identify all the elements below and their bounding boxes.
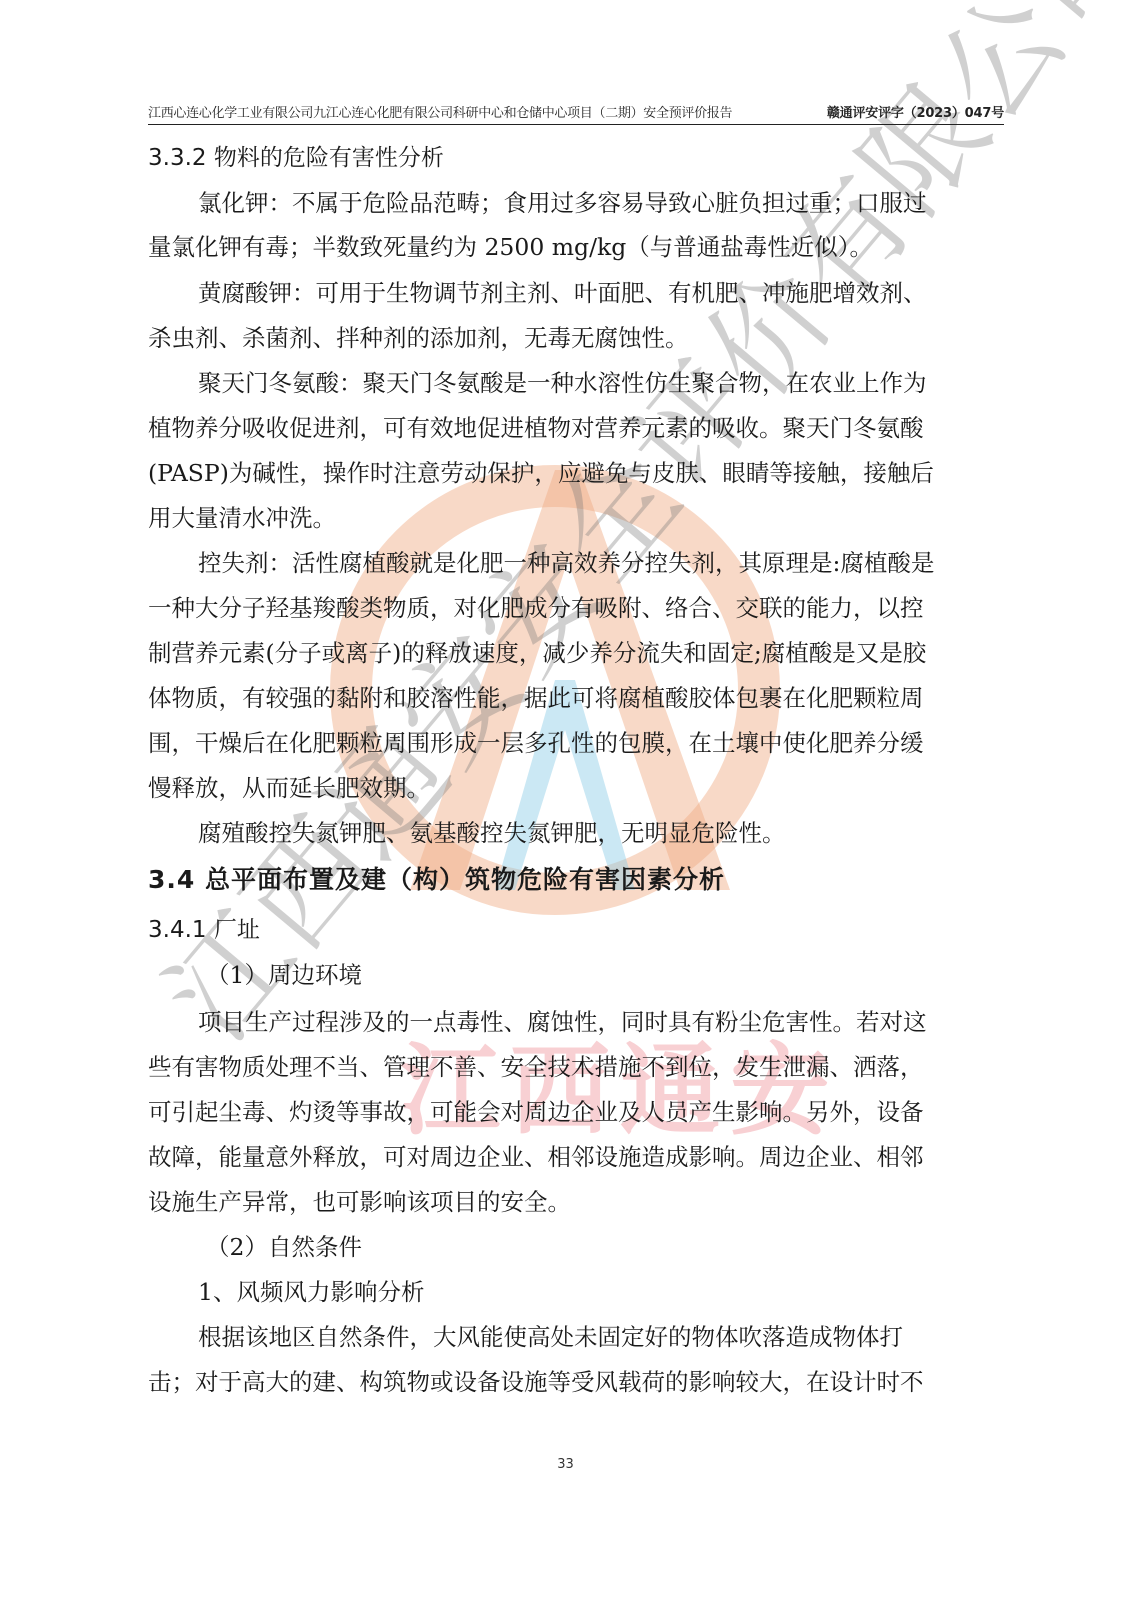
paragraph-line: 慢释放，从而延长肥效期。: [148, 768, 430, 808]
paragraph-line: 可引起尘毒、灼烫等事故，可能会对周边企业及人员产生影响。另外，设备: [148, 1092, 924, 1132]
page-number: 33: [0, 1457, 1131, 1472]
paragraph-line: 腐殖酸控失氮钾肥、氨基酸控失氮钾肥，无明显危险性。: [148, 813, 786, 853]
section-heading: 3.4 总平面布置及建（构）筑物危险有害因素分析: [148, 860, 725, 900]
paragraph-line: 项目生产过程涉及的一点毒性、腐蚀性，同时具有粉尘危害性。若对这: [148, 1002, 927, 1042]
subsection-heading: 3.3.2 物料的危险有害性分析: [148, 138, 444, 178]
paragraph-line: 氯化钾：不属于危险品范畴；食用过多容易导致心脏负担过重；口服过: [148, 183, 927, 223]
paragraph-line: 围，干燥后在化肥颗粒周围形成一层多孔性的包膜，在土壤中使化肥养分缓: [148, 723, 924, 763]
running-header: 江西心连心化学工业有限公司九江心连心化肥有限公司科研中心和仓储中心项目（二期）安…: [148, 100, 1004, 125]
paragraph-line: 1、风频风力影响分析: [148, 1272, 424, 1312]
header-doc-number: 赣通评安评字（2023）047号: [827, 102, 1004, 121]
paragraph-line: 一种大分子羟基羧酸类物质，对化肥成分有吸附、络合、交联的能力，以控: [148, 588, 924, 628]
paragraph-line: 植物养分吸收促进剂，可有效地促进植物对营养元素的吸收。聚天门冬氨酸: [148, 408, 924, 448]
paragraph-line: 用大量清水冲洗。: [148, 498, 336, 538]
paragraph-line: 些有害物质处理不当、管理不善、安全技术措施不到位，发生泄漏、洒落，: [148, 1047, 924, 1087]
subsection-heading: 3.4.1 厂址: [148, 910, 260, 950]
paragraph-line: 杀虫剂、杀菌剂、拌种剂的添加剂，无毒无腐蚀性。: [148, 318, 689, 358]
paragraph-line: 制营养元素(分子或离子)的释放速度，减少养分流失和固定;腐植酸是又是胶: [148, 633, 926, 673]
paragraph-line: 量氯化钾有毒；半数致死量约为 2500 mg/kg（与普通盐毒性近似）。: [148, 227, 873, 267]
paragraph-line: 体物质，有较强的黏附和胶溶性能，据此可将腐植酸胶体包裹在化肥颗粒周: [148, 678, 924, 718]
header-report-title: 江西心连心化学工业有限公司九江心连心化肥有限公司科研中心和仓储中心项目（二期）安…: [148, 102, 732, 121]
paragraph-line: 根据该地区自然条件，大风能使高处未固定好的物体吹落造成物体打: [148, 1317, 903, 1357]
paragraph-line: （2）自然条件: [148, 1227, 362, 1267]
document-page: 江西通安 江西通安安全评价有限公司 江西心连心化学工业有限公司九江心连心化肥有限…: [0, 0, 1131, 1600]
paragraph-line: 黄腐酸钾：可用于生物调节剂主剂、叶面肥、有机肥、冲施肥增效剂、: [148, 273, 927, 313]
paragraph-line: 故障，能量意外释放，可对周边企业、相邻设施造成影响。周边企业、相邻: [148, 1137, 924, 1177]
paragraph-line: （1）周边环境: [148, 955, 362, 995]
paragraph-line: 控失剂：活性腐植酸就是化肥一种高效养分控失剂，其原理是:腐植酸是: [148, 543, 934, 583]
paragraph-line: 聚天门冬氨酸：聚天门冬氨酸是一种水溶性仿生聚合物，在农业上作为: [148, 363, 927, 403]
paragraph-line: 设施生产异常，也可影响该项目的安全。: [148, 1182, 571, 1222]
paragraph-line: (PASP)为碱性，操作时注意劳动保护，应避免与皮肤、眼睛等接触，接触后: [148, 453, 934, 493]
paragraph-line: 击；对于高大的建、构筑物或设备设施等受风载荷的影响较大，在设计时不: [148, 1362, 924, 1402]
